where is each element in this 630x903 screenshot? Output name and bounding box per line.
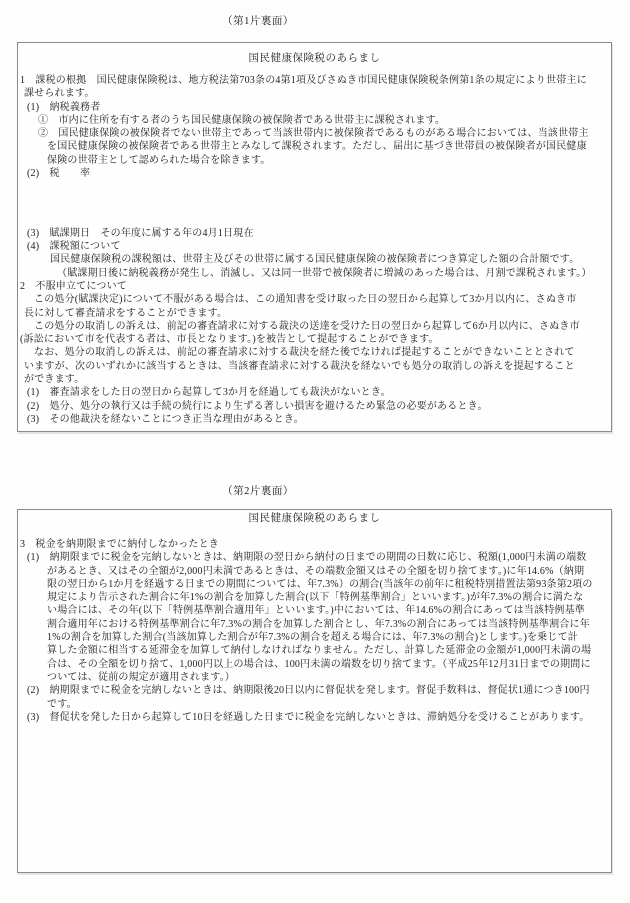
document-text-line: この処分(賦課決定)について不服がある場合は、この通知書を受け取った日の翌日から… xyxy=(18,293,611,306)
document-text-line: （賦課期日後に納税義務が発生し、消滅し、又は同一世帯で被保険者に増減のあった場合… xyxy=(18,267,611,280)
document-text-line: 限の翌日から1か月を経過する日までの期間については、年7.3%）の割合(当該年の… xyxy=(18,578,611,591)
document-text-line: この処分の取消しの訴えは、前記の審査請求に対する裁決の送達を受けた日の翌日から起… xyxy=(18,320,611,333)
document-text-line: いますが、次のいずれかに該当するときは、当該審査請求に対する裁決を経ないでも処分… xyxy=(18,360,611,373)
document-text-line: 規定により告示された割合に年1%の割合を加算した割合(以下「特例基準割合」といい… xyxy=(18,591,611,604)
document-text-line: 2 不服申立てについて xyxy=(18,280,611,293)
document-text-line: があるとき、又はその全額が2,000円未満であるときは、その端数金額又はその全額… xyxy=(18,565,611,578)
box1-title: 国民健康保険税のあらまし xyxy=(18,52,611,65)
document-text-line: (3) 賦課期日 その年度に属する年の4月1日現在 xyxy=(18,227,611,240)
document-text-line: (訴訟において市を代表する者は、市長となります。)を被告として提起することができ… xyxy=(18,333,611,346)
tax-notice-back-page: { "page": { "sheet1_header": "（第1片裏面）", … xyxy=(0,0,630,903)
document-text-line: 割合適用年における特例基準割合に年7.3%の割合を加算した割合とし、年7.3%の… xyxy=(18,618,611,631)
document-text-line: (2) 納期限までに税金を完納しないときは、納期限後20日以内に督促状を発します… xyxy=(18,684,611,697)
box2-body: 3 税金を納期限までに納付しなかったとき(1) 納期限までに税金を完納しないとき… xyxy=(18,538,611,724)
document-text-line: ② 国民健康保険の被保険者でない世帯主であって当該世帯内に被保険者であるものがあ… xyxy=(18,127,611,140)
document-text-line: (1) 納税義務者 xyxy=(18,101,611,114)
document-text-line: (1) 審査請求をした日の翌日から起算して3か月を経過しても裁決がないとき。 xyxy=(18,386,611,399)
document-text-line: (2) 処分、処分の執行又は手続の続行により生ずる著しい損害を避けるため緊急の必… xyxy=(18,400,611,413)
document-text-line: 1%の割合を加算した割合(当該加算した割合が年7.3%の割合を超える場合には、年… xyxy=(18,631,611,644)
document-text-line: 合は、その全額を切り捨て、1,000円以上の場合は、100円未満の端数を切り捨て… xyxy=(18,658,611,671)
document-text-line: い場合には、その年(以下「特例基準割合適用年」といいます。)中においては、年14… xyxy=(18,604,611,617)
document-text-line: 3 税金を納期限までに納付しなかったとき xyxy=(18,538,611,551)
document-text-line: ついては、従前の規定が適用されます。） xyxy=(18,671,611,684)
document-text-line: (1) 納期限までに税金を完納しないときは、納期限の翌日から納付の日までの期間の… xyxy=(18,551,611,564)
document-text-line: 保険の世帯主として認められた場合を除きます。 xyxy=(18,154,611,167)
document-text-line: (4) 課税額について xyxy=(18,240,611,253)
summary-box-sheet2: 国民健康保険税のあらまし 3 税金を納期限までに納付しなかったとき(1) 納期限… xyxy=(17,509,612,873)
document-text-line: 国民健康保険税の課税額は、世帯主及びその世帯に属する国民健康保険の被保険者につき… xyxy=(18,253,611,266)
document-text-line: 1 課税の根拠 国民健康保険税は、地方税法第703条の4第1項及びさぬき市国民健… xyxy=(18,74,611,87)
document-text-line: (3) その他裁決を経ないことにつき正当な理由があるとき。 xyxy=(18,413,611,426)
box1-body: 1 課税の根拠 国民健康保険税は、地方税法第703条の4第1項及びさぬき市国民健… xyxy=(18,74,611,426)
blank-line xyxy=(18,192,611,204)
box2-title: 国民健康保険税のあらまし xyxy=(18,512,611,525)
document-text-line: 算した金額に相当する延滞金を加算して納付しなければなりません。ただし、計算した延… xyxy=(18,644,611,657)
document-text-line: (2) 税 率 xyxy=(18,167,611,180)
document-text-line: です。 xyxy=(18,698,611,711)
sheet2-header: （第2片裏面） xyxy=(0,483,516,498)
summary-box-sheet1: 国民健康保険税のあらまし 1 課税の根拠 国民健康保険税は、地方税法第703条の… xyxy=(17,42,612,432)
document-text-line: 課せられます。 xyxy=(18,87,611,100)
document-text-line: (3) 督促状を発した日から起算して10日を経過した日までに税金を完納しないとき… xyxy=(18,711,611,724)
blank-line xyxy=(18,215,611,227)
document-text-line: 長に対して審査請求をすることができます。 xyxy=(18,307,611,320)
document-text-line: を国民健康保険の被保険者である世帯主とみなして課税されます。ただし、届出に基づき… xyxy=(18,140,611,153)
blank-line xyxy=(18,204,611,216)
document-text-line: なお、処分の取消しの訴えは、前記の審査請求に対する裁決を経た後でなければ提起する… xyxy=(18,346,611,359)
document-text-line: ができます。 xyxy=(18,373,611,386)
blank-line xyxy=(18,180,611,192)
sheet1-header: （第1片裏面） xyxy=(0,13,516,28)
document-text-line: ① 市内に住所を有する者のうち国民健康保険の被保険者である世帯主に課税されます。 xyxy=(18,114,611,127)
